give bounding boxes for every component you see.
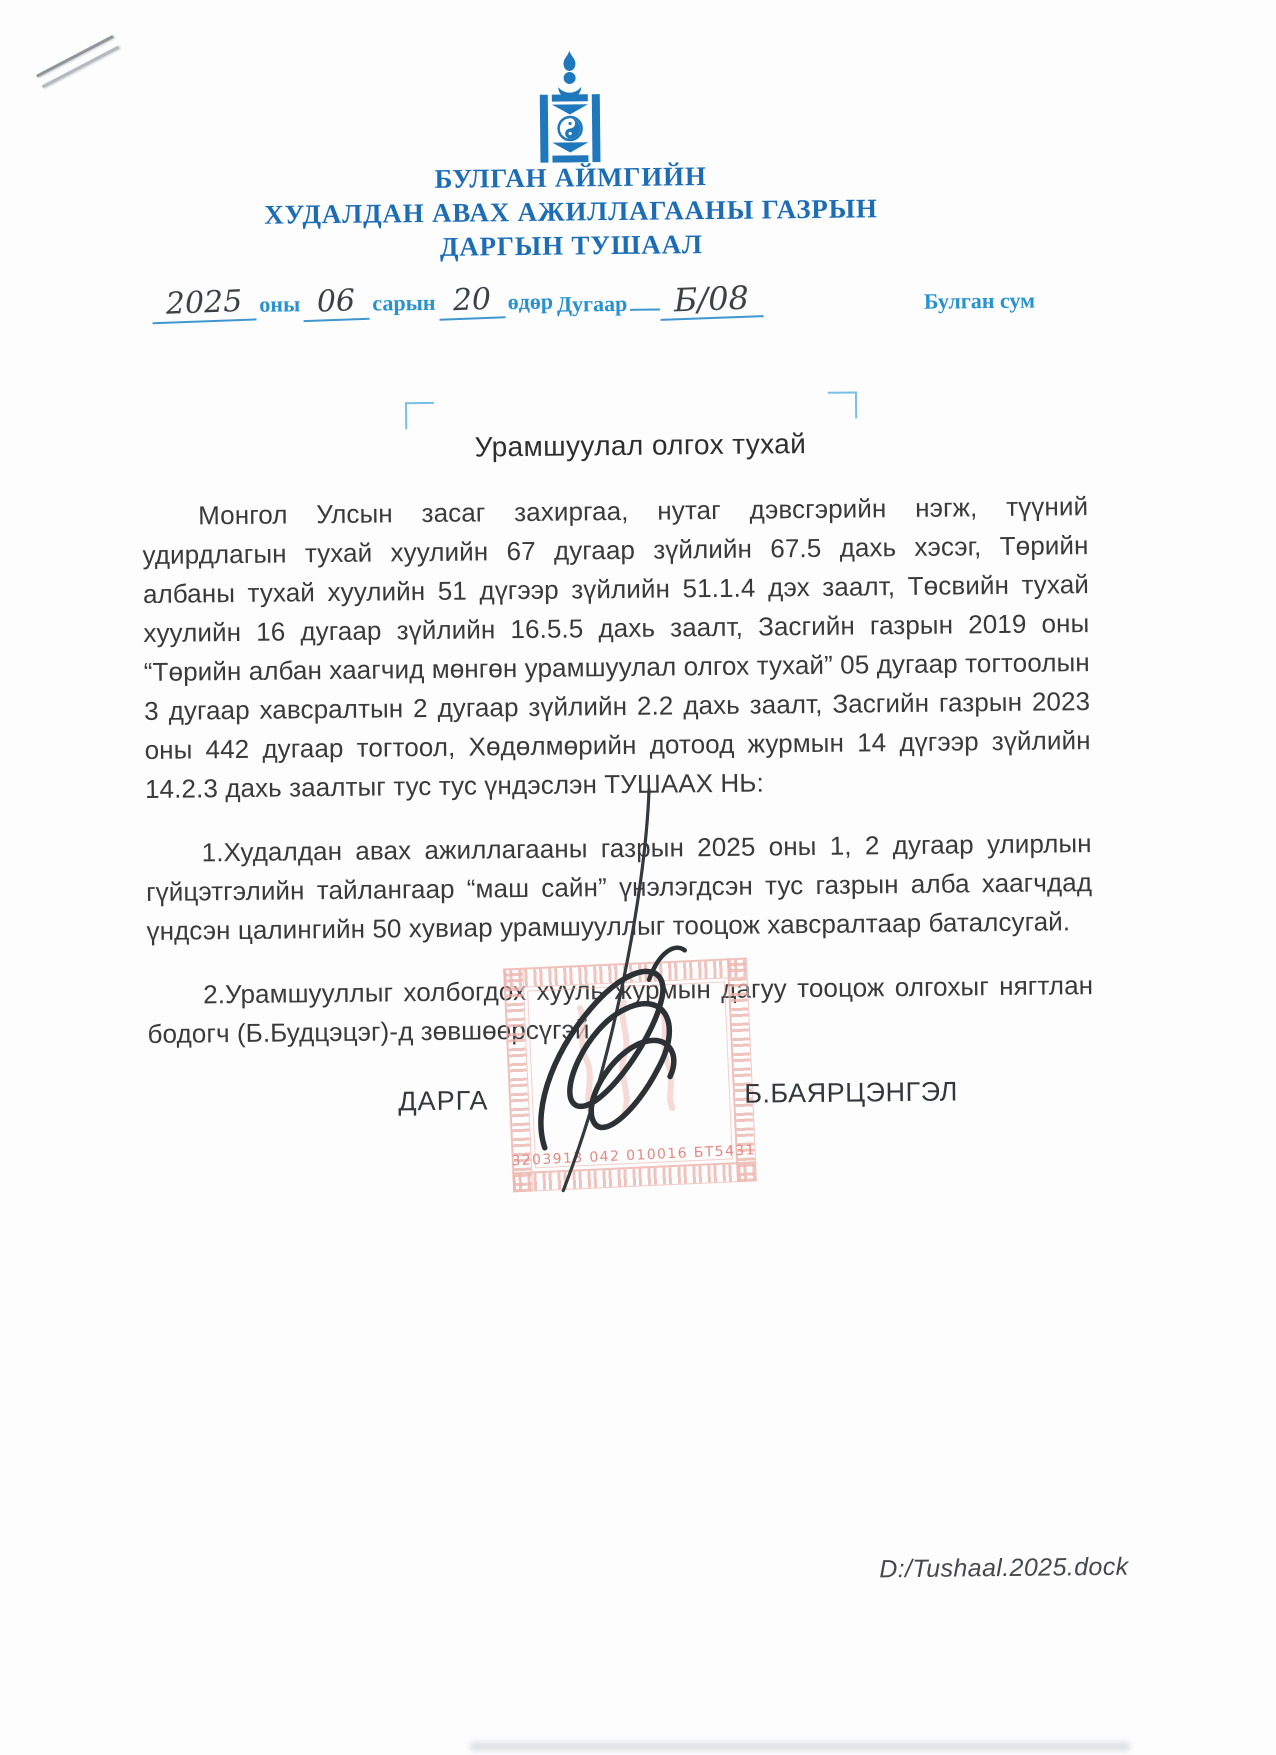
scan-tilt-wrapper: БУЛГАН АЙМГИЙН ХУДАЛДАН АВАХ АЖИЛЛАГААНЫ… xyxy=(0,0,1276,1755)
staple-mark xyxy=(36,35,119,88)
handwritten-year: 2025 xyxy=(151,286,257,324)
scanned-document-page: БУЛГАН АЙМГИЙН ХУДАЛДАН АВАХ АЖИЛЛАГААНЫ… xyxy=(0,0,1276,1755)
signer-role-label: ДАРГА xyxy=(398,1085,488,1117)
handwritten-month: 06 xyxy=(303,286,370,322)
day-label: өдөр xyxy=(505,289,557,315)
official-stamp: 3203913 042 010016 БТ5431 xyxy=(500,954,760,1195)
year-label: оны xyxy=(256,291,303,316)
number-underline xyxy=(630,291,660,311)
file-path-footer: D:/Tushaal.2025.dock xyxy=(879,1553,1129,1585)
crop-bracket-right-icon xyxy=(828,391,857,418)
crop-bracket-left-icon xyxy=(405,402,434,429)
org-header: БУЛГАН АЙМГИЙН ХУДАЛДАН АВАХ АЖИЛЛАГААНЫ… xyxy=(0,154,1149,268)
dateline: 2025оны06сарын20өдөр ДугаарБ/08 Булган с… xyxy=(0,277,1270,340)
number-label: Дугаар xyxy=(554,291,631,317)
handwritten-number: Б/08 xyxy=(660,281,764,321)
paragraph-clause-1: 1.Худалдан авах ажиллагааны газрын 2025 … xyxy=(145,824,1092,951)
paragraph-preamble: Монгол Улсын засаг захиргаа, нутаг дэвсг… xyxy=(142,487,1091,809)
dateline-number: ДугаарБ/08 xyxy=(554,282,764,320)
place-label: Булган сум xyxy=(924,288,1035,315)
dateline-date: 2025оны06сарын20өдөр xyxy=(152,285,556,323)
scanner-edge-artifact xyxy=(470,1742,1130,1751)
soyombo-emblem-icon xyxy=(537,50,602,163)
signer-name: Б.БАЯРЦЭНГЭЛ xyxy=(744,1076,958,1109)
handwritten-day: 20 xyxy=(438,284,505,320)
document-title: Урамшуулал олгох тухай xyxy=(0,423,1272,468)
month-label: сарын xyxy=(369,290,438,316)
